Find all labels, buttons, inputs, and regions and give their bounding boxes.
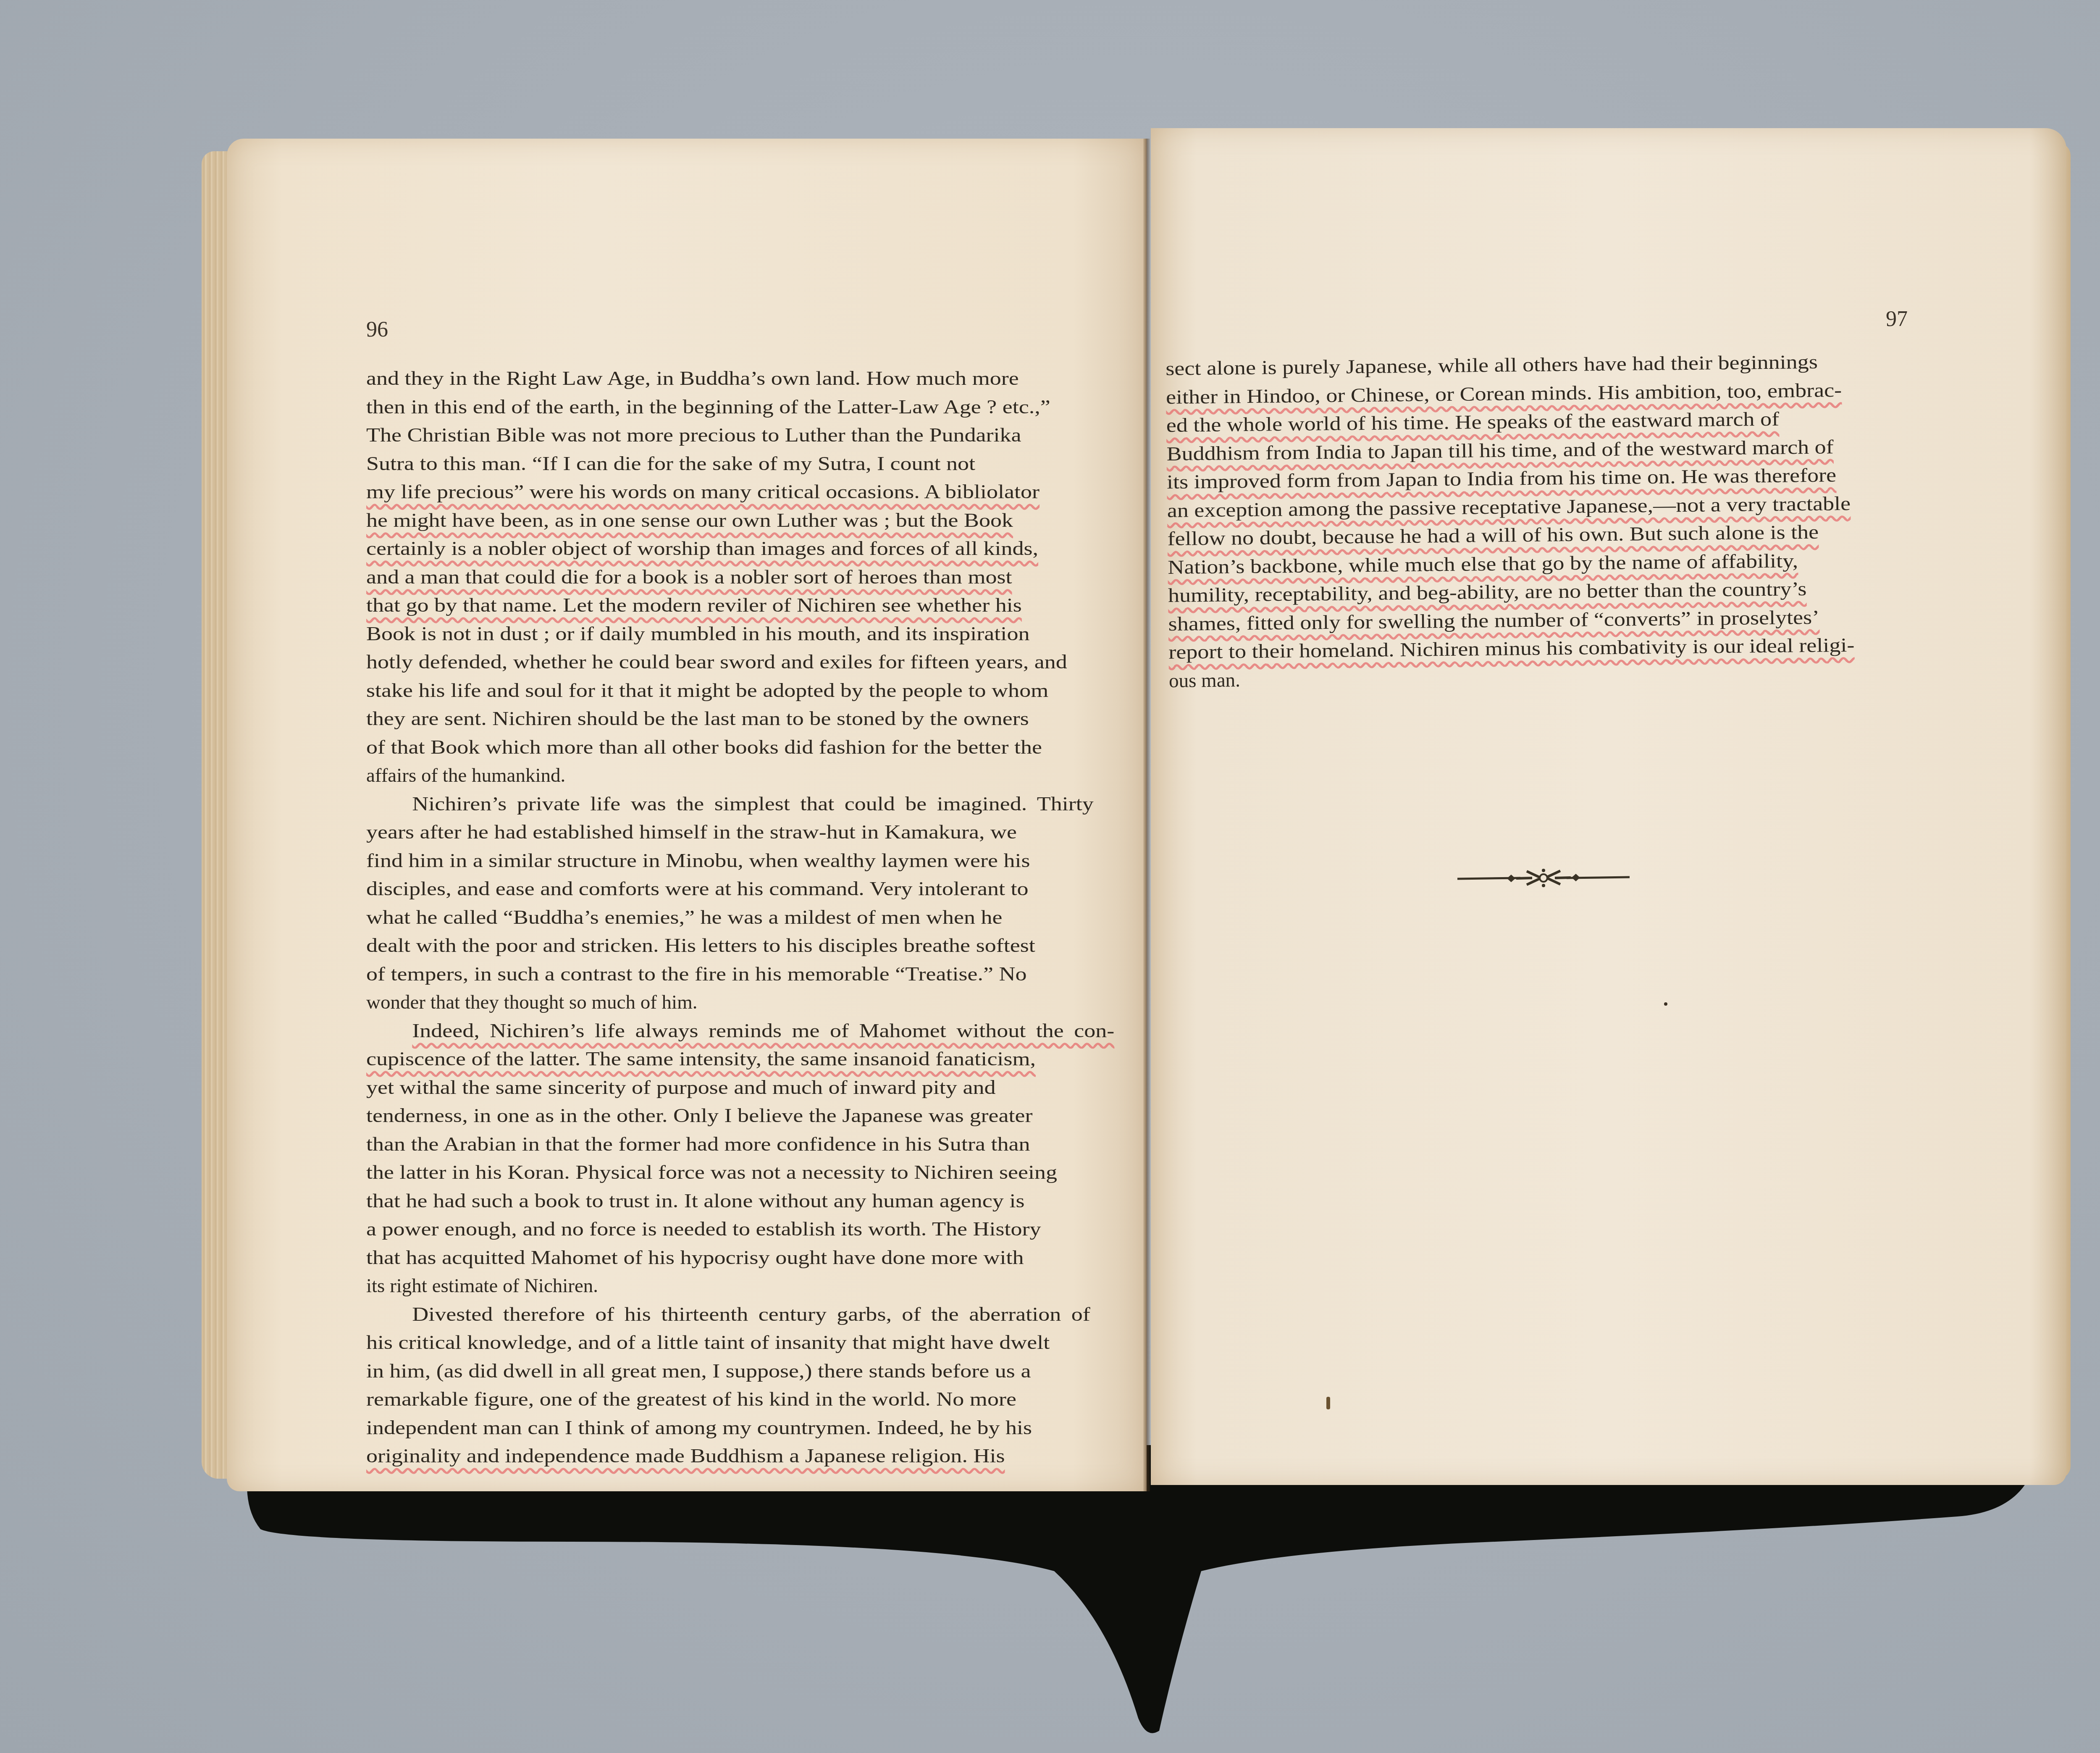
text-line: independent man can I think of among my … xyxy=(366,1414,1032,1443)
text-line: of tempers, in such a contrast to the fi… xyxy=(366,960,1026,989)
paragraph-start: Nichiren’s private life was the simplest… xyxy=(366,790,1094,819)
text-line: find him in a similar structure in Minob… xyxy=(366,847,1030,875)
text-line-highlighted: my life precious” were his words on many… xyxy=(366,478,1039,507)
text-line: remarkable figure, one of the greatest o… xyxy=(366,1385,1016,1414)
text-line: his critical knowledge, and of a little … xyxy=(366,1329,1050,1357)
text-line: tenderness, in one as in the other. Only… xyxy=(366,1102,1032,1130)
text-line: disciples, and ease and comforts were at… xyxy=(366,875,1029,904)
text-line: Sutra to this man. “If I can die for the… xyxy=(366,450,975,478)
text-line: and they in the Right Law Age, in Buddha… xyxy=(366,365,1019,393)
book-gutter xyxy=(1143,139,1150,1491)
left-page-body: and they in the Right Law Age, in Buddha… xyxy=(366,365,1103,1471)
paper-speck xyxy=(1664,1002,1667,1006)
text-line: than the Arabian in that the former had … xyxy=(366,1130,1030,1159)
text-line: The Christian Bible was not more preciou… xyxy=(366,421,1021,450)
text-line: its right estimate of Nichiren. xyxy=(366,1272,598,1301)
page-number-left: 96 xyxy=(366,317,388,342)
paragraph-start: Divested therefore of his thirteenth cen… xyxy=(366,1301,1090,1329)
text-line-highlighted: that go by that name. Let the modern rev… xyxy=(366,591,1022,620)
paper-mark xyxy=(1326,1397,1330,1409)
text-line: affairs of the humankind. xyxy=(366,762,565,790)
text-line-highlighted: certainly is a nobler object of worship … xyxy=(366,535,1038,563)
text-line-highlighted: and a man that could die for a book is a… xyxy=(366,563,1012,592)
text-line: in him, (as did dwell in all great men, … xyxy=(366,1357,1031,1386)
text-line: that he had such a book to trust in. It … xyxy=(366,1187,1024,1216)
text-line: years after he had established himself i… xyxy=(366,818,1017,847)
text-line: Book is not in dust ; or if daily mumble… xyxy=(366,620,1029,649)
right-page xyxy=(1151,128,2066,1485)
text-line: ous man. xyxy=(1169,666,1241,695)
text-line-highlighted: cupiscence of the latter. The same inten… xyxy=(366,1045,1036,1074)
fleuron-ornament-icon xyxy=(1457,865,1630,891)
text-line: dealt with the poor and stricken. His le… xyxy=(366,932,1035,960)
page-number-right: 97 xyxy=(1886,307,1908,331)
text-line: stake his life and soul for it that it m… xyxy=(366,677,1048,705)
text-line: they are sent. Nichiren should be the la… xyxy=(366,705,1029,733)
text-line: wonder that they thought so much of him. xyxy=(366,988,697,1017)
text-line-highlighted: originality and independence made Buddhi… xyxy=(366,1442,1005,1471)
paragraph-start-highlighted: Indeed, Nichiren’s life always reminds m… xyxy=(366,1017,1114,1046)
text-line: of that Book which more than all other b… xyxy=(366,733,1042,762)
text-line: yet withal the same sincerity of purpose… xyxy=(366,1074,995,1102)
text-line: the latter in his Koran. Physical force … xyxy=(366,1159,1057,1187)
text-line-highlighted: he might have been, as in one sense our … xyxy=(366,507,1013,535)
text-line: hotly defended, whether he could bear sw… xyxy=(366,648,1067,677)
text-line: then in this end of the earth, in the be… xyxy=(366,393,1050,422)
right-page-body: sect alone is purely Japanese, while all… xyxy=(1165,347,1912,695)
text-line: a power enough, and no force is needed t… xyxy=(366,1215,1041,1244)
text-line: what he called “Buddha’s enemies,” he wa… xyxy=(366,904,1003,932)
text-line: that has acquitted Mahomet of his hypocr… xyxy=(366,1244,1024,1272)
